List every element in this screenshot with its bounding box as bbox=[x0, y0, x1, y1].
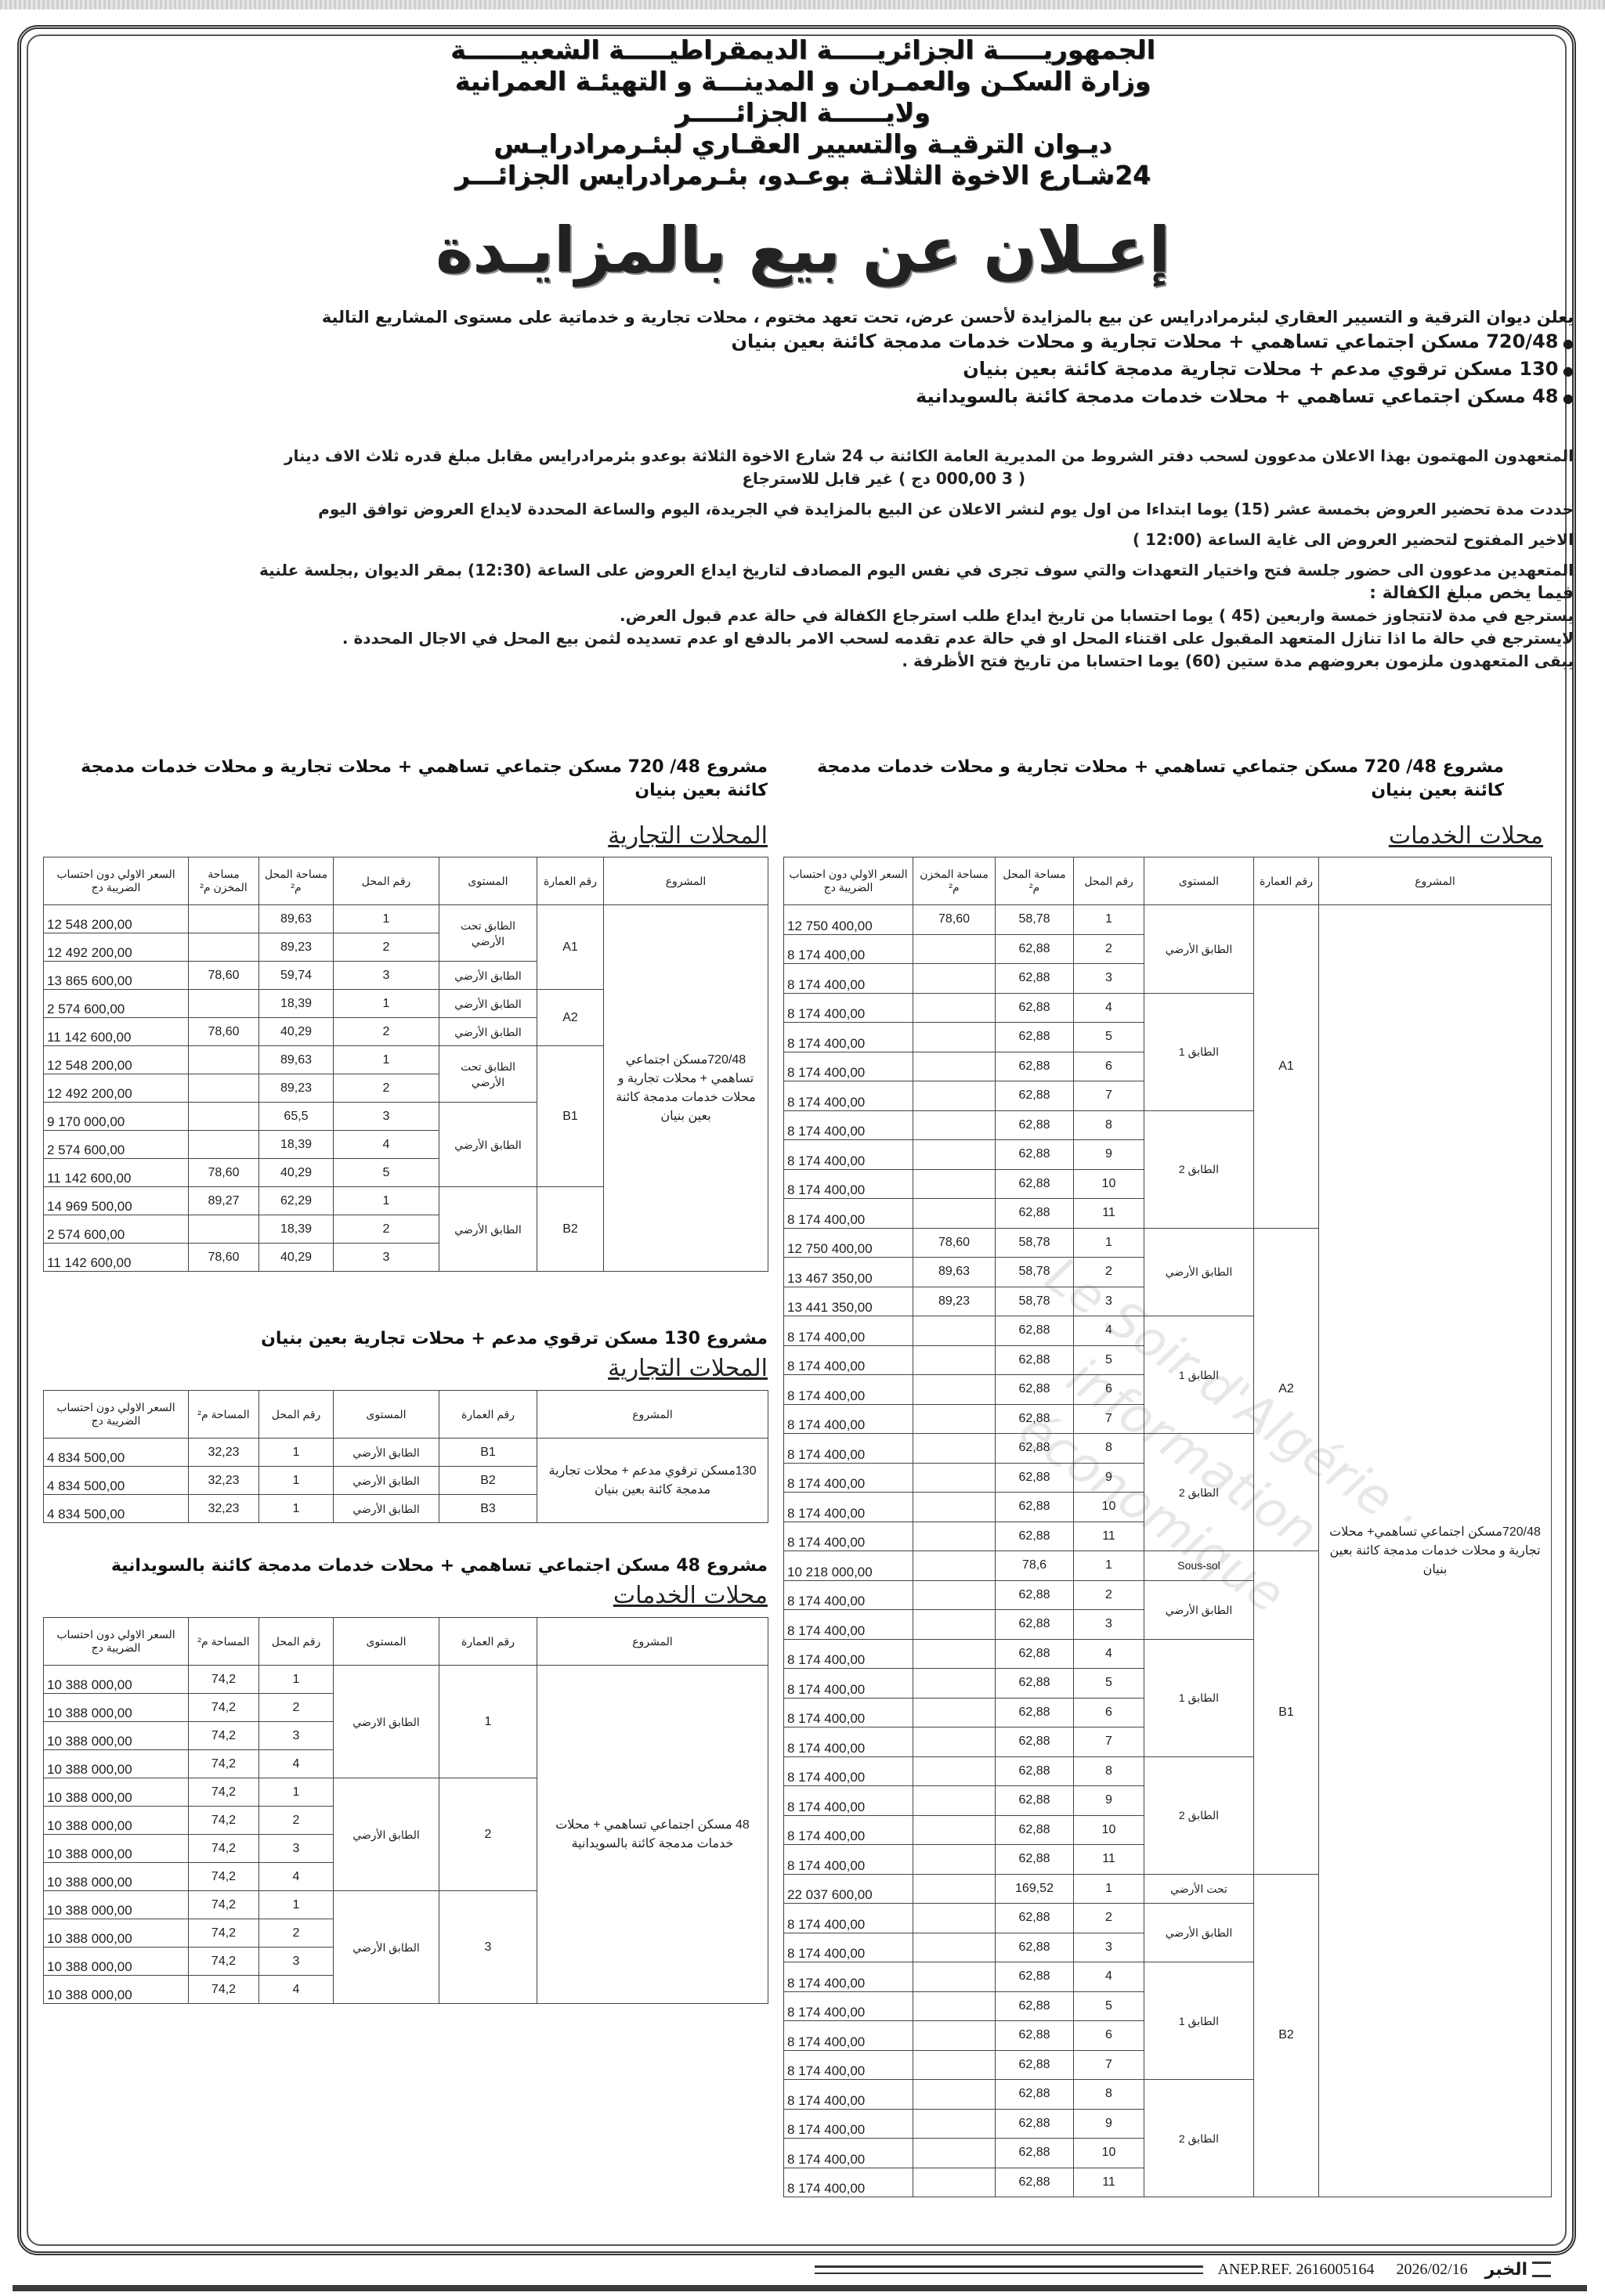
level-cell: الطابق الأرضي bbox=[334, 1778, 439, 1891]
storage-area-cell bbox=[913, 1404, 996, 1434]
price-cell: 12 492 200,00 bbox=[44, 933, 189, 962]
project-item: 130 مسكن ترقوي مدعم + محلات تجارية مدمجة… bbox=[242, 356, 1574, 384]
price-cell: 8 174 400,00 bbox=[784, 2050, 913, 2080]
price-cell: 8 174 400,00 bbox=[784, 1110, 913, 1140]
table-header-row: المشروع رقم العمارة المستوى رقم المحل ال… bbox=[44, 1391, 768, 1439]
level-cell: الطابق الأرضي bbox=[439, 1018, 537, 1046]
guarantee-p1: يسترجع في مدة لاتتجاوز خمسة واربعين (45 … bbox=[39, 605, 1574, 627]
local-number-cell: 4 bbox=[1074, 1639, 1144, 1669]
intro-section: يعلن ديوان الترقية و التسيير العقاري لبئ… bbox=[242, 305, 1574, 411]
local-number-cell: 7 bbox=[1074, 2050, 1144, 2080]
area-cell: 58,78 bbox=[996, 1258, 1074, 1287]
storage-area-cell bbox=[913, 1991, 996, 2021]
price-cell: 13 441 350,00 bbox=[784, 1287, 913, 1316]
col-area-storage: مساحة المخزن م² bbox=[913, 857, 996, 905]
col-area: المساحة م² bbox=[189, 1618, 259, 1666]
storage-area-cell bbox=[189, 905, 259, 933]
project-item: 48 مسكن اجتماعي تساهمي + محلات خدمات مدم… bbox=[242, 384, 1574, 411]
level-cell: الطابق الارضي bbox=[334, 1666, 439, 1778]
price-cell: 8 174 400,00 bbox=[784, 1815, 913, 1845]
local-number-cell: 5 bbox=[1074, 1023, 1144, 1052]
storage-area-cell bbox=[189, 1131, 259, 1159]
storage-area-cell bbox=[913, 934, 996, 964]
price-cell: 2 574 600,00 bbox=[44, 990, 189, 1018]
price-cell: 8 174 400,00 bbox=[784, 1375, 913, 1405]
price-cell: 8 174 400,00 bbox=[784, 1933, 913, 1962]
price-cell: 12 548 200,00 bbox=[44, 905, 189, 933]
local-number-cell: 3 bbox=[259, 1948, 334, 1976]
price-cell: 8 174 400,00 bbox=[784, 993, 913, 1023]
area-cell: 18,39 bbox=[259, 1215, 334, 1244]
price-cell: 4 834 500,00 bbox=[44, 1467, 189, 1495]
area-cell: 169,52 bbox=[996, 1874, 1074, 1904]
storage-area-cell bbox=[189, 1046, 259, 1074]
area-cell: 78,6 bbox=[996, 1551, 1074, 1581]
price-cell: 8 174 400,00 bbox=[784, 2080, 913, 2110]
storage-area-cell bbox=[913, 2109, 996, 2139]
price-cell: 12 492 200,00 bbox=[44, 1074, 189, 1103]
price-cell: 8 174 400,00 bbox=[784, 1140, 913, 1170]
local-number-cell: 11 bbox=[1074, 1845, 1144, 1875]
area-cell: 62,88 bbox=[996, 1639, 1074, 1669]
table-header-row: المشروع رقم العمارة المستوى رقم المحل مس… bbox=[784, 857, 1552, 905]
area-cell: 74,2 bbox=[189, 1835, 259, 1863]
building-cell: A1 bbox=[1254, 905, 1319, 1229]
guarantee-p2: لايسترجع في حالة ما اذا تنازل المتعهد ال… bbox=[39, 627, 1574, 650]
area-cell: 89,63 bbox=[259, 905, 334, 933]
price-cell: 13 467 350,00 bbox=[784, 1258, 913, 1287]
local-number-cell: 2 bbox=[1074, 1580, 1144, 1610]
area-cell: 74,2 bbox=[189, 1919, 259, 1948]
col-local: رقم المحل bbox=[259, 1391, 334, 1439]
local-number-cell: 9 bbox=[1074, 1140, 1144, 1170]
local-number-cell: 3 bbox=[334, 1244, 439, 1272]
left-project-heading: مشروع 48/ 720 مسكن جتماعي تساهمي + محلات… bbox=[47, 756, 768, 803]
scan-bottom-edge bbox=[13, 2285, 1587, 2291]
area-cell: 62,88 bbox=[996, 2080, 1074, 2110]
price-cell: 10 388 000,00 bbox=[44, 1807, 189, 1835]
level-cell: الطابق الأرضي bbox=[1144, 1580, 1254, 1639]
price-cell: 12 750 400,00 bbox=[784, 1228, 913, 1258]
area-cell: 58,78 bbox=[996, 1228, 1074, 1258]
area-cell: 74,2 bbox=[189, 1694, 259, 1722]
area-cell: 59,74 bbox=[259, 962, 334, 990]
area-cell: 74,2 bbox=[189, 1722, 259, 1750]
area-cell: 62,88 bbox=[996, 1669, 1074, 1699]
office-line: ديـوان الترقيـة والتسيير العقـاري لبئـرم… bbox=[235, 128, 1371, 160]
col-project: المشروع bbox=[1319, 857, 1552, 905]
table-header-row: المشروع رقم العمارة المستوى رقم المحل ال… bbox=[44, 1618, 768, 1666]
price-cell: 13 865 600,00 bbox=[44, 962, 189, 990]
local-number-cell: 4 bbox=[259, 1863, 334, 1891]
project-cell: 720/48مسكن اجتماعي تساهمي + محلات تجارية… bbox=[604, 905, 768, 1272]
level-cell: الطابق الأرضي bbox=[439, 1103, 537, 1187]
storage-area-cell bbox=[913, 1110, 996, 1140]
local-number-cell: 4 bbox=[334, 1131, 439, 1159]
price-cell: 14 969 500,00 bbox=[44, 1187, 189, 1215]
storage-area-cell bbox=[913, 1698, 996, 1727]
price-cell: 10 388 000,00 bbox=[44, 1891, 189, 1919]
local-number-cell: 3 bbox=[334, 962, 439, 990]
price-cell: 11 142 600,00 bbox=[44, 1018, 189, 1046]
storage-area-cell bbox=[913, 1845, 996, 1875]
local-number-cell: 4 bbox=[259, 1750, 334, 1778]
area-cell: 62,88 bbox=[996, 934, 1074, 964]
col-building: رقم العمارة bbox=[1254, 857, 1319, 905]
storage-area-cell: 78,60 bbox=[189, 962, 259, 990]
storage-area-cell bbox=[913, 1815, 996, 1845]
price-cell: 9 170 000,00 bbox=[44, 1103, 189, 1131]
col-price: السعر الاولي دون احتساب الضريبة دج bbox=[44, 1391, 189, 1439]
scan-top-edge bbox=[0, 0, 1605, 9]
col-project: المشروع bbox=[537, 1618, 768, 1666]
local-number-cell: 4 bbox=[259, 1976, 334, 2004]
area-cell: 62,88 bbox=[996, 1345, 1074, 1375]
commercial-130-table: المشروع رقم العمارة المستوى رقم المحل ال… bbox=[43, 1390, 768, 1523]
col-local: رقم المحل bbox=[1074, 857, 1144, 905]
local-number-cell: 2 bbox=[334, 933, 439, 962]
conditions-p2b: الاخير المفتوح لتحضير العروض الى غاية ال… bbox=[39, 529, 1574, 551]
area-cell: 62,88 bbox=[996, 1845, 1074, 1875]
building-cell: B2 bbox=[439, 1467, 537, 1495]
price-cell: 12 750 400,00 bbox=[784, 905, 913, 935]
area-cell: 62,88 bbox=[996, 1786, 1074, 1816]
price-cell: 2 574 600,00 bbox=[44, 1215, 189, 1244]
local-number-cell: 3 bbox=[1074, 964, 1144, 994]
local-number-cell: 9 bbox=[1074, 2109, 1144, 2139]
local-number-cell: 1 bbox=[334, 990, 439, 1018]
area-cell: 74,2 bbox=[189, 1863, 259, 1891]
newspaper-logo: الخبر bbox=[1485, 2260, 1527, 2280]
storage-area-cell: 78,60 bbox=[189, 1018, 259, 1046]
storage-area-cell bbox=[189, 1103, 259, 1131]
local-number-cell: 8 bbox=[1074, 1756, 1144, 1786]
col-price: السعر الاولي دون احتساب الضريبة دج bbox=[44, 857, 189, 905]
project-item: 720/48 مسكن اجتماعي تساهمي + محلات تجاري… bbox=[242, 329, 1574, 356]
local-number-cell: 11 bbox=[1074, 1199, 1144, 1229]
price-cell: 8 174 400,00 bbox=[784, 1610, 913, 1640]
area-cell: 74,2 bbox=[189, 1948, 259, 1976]
services-shops-table: المشروع رقم العمارة المستوى رقم المحل مس… bbox=[783, 857, 1552, 2197]
building-cell: B1 bbox=[439, 1439, 537, 1467]
left-commercial-subtitle: المحلات التجارية bbox=[47, 822, 768, 850]
local-number-cell: 8 bbox=[1074, 1434, 1144, 1464]
local-number-cell: 9 bbox=[1074, 1786, 1144, 1816]
area-cell: 74,2 bbox=[189, 1666, 259, 1694]
local-number-cell: 7 bbox=[1074, 1727, 1144, 1757]
footer-rule bbox=[815, 2265, 1203, 2274]
local-number-cell: 3 bbox=[259, 1722, 334, 1750]
col-level: المستوى bbox=[334, 1391, 439, 1439]
area-cell: 74,2 bbox=[189, 1891, 259, 1919]
storage-area-cell bbox=[913, 1904, 996, 1933]
level-cell: الطابق الأرضي bbox=[334, 1439, 439, 1467]
price-cell: 10 388 000,00 bbox=[44, 1863, 189, 1891]
building-cell: A1 bbox=[537, 905, 604, 990]
col-price: السعر الاولي دون احتساب الضريبة دج bbox=[44, 1618, 189, 1666]
price-cell: 10 388 000,00 bbox=[44, 1750, 189, 1778]
local-number-cell: 1 bbox=[259, 1891, 334, 1919]
republic-line: الجمهوريـــــة الجزائريـــــة الديمقراطي… bbox=[235, 34, 1371, 66]
area-cell: 62,88 bbox=[996, 1727, 1074, 1757]
guarantee-p3: يبقى المتعهدون ملزمون بعروضهم مدة ستين (… bbox=[39, 650, 1574, 673]
area-cell: 62,88 bbox=[996, 1522, 1074, 1551]
price-cell: 8 174 400,00 bbox=[784, 1434, 913, 1464]
local-number-cell: 3 bbox=[334, 1103, 439, 1131]
local-number-cell: 2 bbox=[334, 1074, 439, 1103]
area-cell: 62,88 bbox=[996, 2021, 1074, 2051]
area-cell: 62,88 bbox=[996, 1110, 1074, 1140]
area-cell: 62,88 bbox=[996, 1199, 1074, 1229]
price-cell: 8 174 400,00 bbox=[784, 2139, 913, 2168]
level-cell: الطابق 2 bbox=[1144, 2080, 1254, 2197]
left-48-subtitle: محلات الخدمات bbox=[47, 1582, 768, 1610]
local-number-cell: 1 bbox=[259, 1439, 334, 1467]
conditions-p3: المتعهدين مدعوون الى حضور جلسة فتح واختي… bbox=[39, 559, 1574, 582]
local-number-cell: 1 bbox=[259, 1666, 334, 1694]
local-number-cell: 2 bbox=[259, 1694, 334, 1722]
building-cell: A2 bbox=[1254, 1228, 1319, 1551]
local-number-cell: 2 bbox=[259, 1919, 334, 1948]
local-number-cell: 3 bbox=[1074, 1287, 1144, 1316]
building-cell: 2 bbox=[439, 1778, 537, 1891]
guarantee-heading: فيما يخص مبلغ الكفالة : bbox=[39, 582, 1574, 605]
level-cell: الطابق تحت الأرضي bbox=[439, 905, 537, 962]
conditions-p1: المتعهدون المهتمون بهذا الاعلان مدعوون ل… bbox=[39, 445, 1574, 468]
storage-area-cell bbox=[913, 1169, 996, 1199]
area-cell: 62,88 bbox=[996, 1580, 1074, 1610]
price-cell: 12 548 200,00 bbox=[44, 1046, 189, 1074]
local-number-cell: 3 bbox=[1074, 1933, 1144, 1962]
price-cell: 4 834 500,00 bbox=[44, 1439, 189, 1467]
conditions-p1b: ( 3 000,00 دج ) غير قابل للاسترجاع bbox=[39, 468, 1574, 490]
price-cell: 11 142 600,00 bbox=[44, 1159, 189, 1187]
area-cell: 74,2 bbox=[189, 1807, 259, 1835]
local-number-cell: 7 bbox=[1074, 1404, 1144, 1434]
local-number-cell: 5 bbox=[1074, 1991, 1144, 2021]
storage-area-cell bbox=[913, 1493, 996, 1522]
level-cell: الطابق الأرضي bbox=[1144, 1228, 1254, 1316]
price-cell: 8 174 400,00 bbox=[784, 1786, 913, 1816]
storage-area-cell bbox=[913, 1580, 996, 1610]
col-area-local: مساحة المحل م² bbox=[259, 857, 334, 905]
storage-area-cell: 89,23 bbox=[913, 1287, 996, 1316]
area-cell: 62,88 bbox=[996, 1140, 1074, 1170]
col-local: رقم المحل bbox=[334, 857, 439, 905]
storage-area-cell: 78,60 bbox=[189, 1159, 259, 1187]
table-row: 720/48مسكن اجتماعي تساهمي + محلات تجارية… bbox=[44, 905, 768, 933]
local-number-cell: 6 bbox=[1074, 1375, 1144, 1405]
level-cell: الطابق الأرضي bbox=[334, 1891, 439, 2004]
project-cell: 48 مسكن اجتماعي تساهمي + محلات خدمات مدم… bbox=[537, 1666, 768, 2004]
local-number-cell: 5 bbox=[1074, 1345, 1144, 1375]
area-cell: 62,88 bbox=[996, 1610, 1074, 1640]
table-header-row: المشروع رقم العمارة المستوى رقم المحل مس… bbox=[44, 857, 768, 905]
conditions-p2: حددت مدة تحضير العروض بخمسة عشر (15) يوم… bbox=[39, 498, 1574, 521]
price-cell: 8 174 400,00 bbox=[784, 1991, 913, 2021]
project-cell: 130مسكن ترقوي مدعم + محلات تجارية مدمجة … bbox=[537, 1439, 768, 1523]
price-cell: 10 388 000,00 bbox=[44, 1919, 189, 1948]
local-number-cell: 1 bbox=[1074, 1551, 1144, 1581]
col-level: المستوى bbox=[1144, 857, 1254, 905]
storage-area-cell: 89,63 bbox=[913, 1258, 996, 1287]
area-cell: 32,23 bbox=[189, 1495, 259, 1523]
level-cell: الطابق 1 bbox=[1144, 1639, 1254, 1756]
level-cell: الطابق الأرضي bbox=[439, 1187, 537, 1272]
local-number-cell: 10 bbox=[1074, 1169, 1144, 1199]
area-cell: 62,88 bbox=[996, 1933, 1074, 1962]
local-number-cell: 1 bbox=[334, 905, 439, 933]
area-cell: 74,2 bbox=[189, 1976, 259, 2004]
price-cell: 10 388 000,00 bbox=[44, 1694, 189, 1722]
local-number-cell: 1 bbox=[1074, 1228, 1144, 1258]
storage-area-cell bbox=[913, 1023, 996, 1052]
area-cell: 74,2 bbox=[189, 1778, 259, 1807]
local-number-cell: 4 bbox=[1074, 993, 1144, 1023]
storage-area-cell bbox=[913, 2021, 996, 2051]
local-number-cell: 1 bbox=[1074, 1874, 1144, 1904]
storage-area-cell bbox=[913, 1140, 996, 1170]
local-number-cell: 2 bbox=[1074, 934, 1144, 964]
area-cell: 62,88 bbox=[996, 2139, 1074, 2168]
local-number-cell: 8 bbox=[1074, 1110, 1144, 1140]
right-project-heading: مشروع 48/ 720 مسكن جتماعي تساهمي + محلات… bbox=[783, 756, 1504, 803]
price-cell: 8 174 400,00 bbox=[784, 1316, 913, 1346]
table-row: 130مسكن ترقوي مدعم + محلات تجارية مدمجة … bbox=[44, 1439, 768, 1467]
area-cell: 62,88 bbox=[996, 1023, 1074, 1052]
level-cell: الطابق 2 bbox=[1144, 1110, 1254, 1228]
storage-area-cell bbox=[913, 1962, 996, 1992]
local-number-cell: 2 bbox=[259, 1807, 334, 1835]
storage-area-cell: 89,27 bbox=[189, 1187, 259, 1215]
local-number-cell: 9 bbox=[1074, 1463, 1144, 1493]
local-number-cell: 4 bbox=[1074, 1962, 1144, 1992]
price-cell: 8 174 400,00 bbox=[784, 964, 913, 994]
price-cell: 8 174 400,00 bbox=[784, 1845, 913, 1875]
local-number-cell: 11 bbox=[1074, 1522, 1144, 1551]
storage-area-cell bbox=[913, 1610, 996, 1640]
ministry-line: وزارة السكـن والعمـران و المدينـــة و ال… bbox=[235, 66, 1371, 97]
area-cell: 62,29 bbox=[259, 1187, 334, 1215]
price-cell: 8 174 400,00 bbox=[784, 2109, 913, 2139]
building-cell: 3 bbox=[439, 1891, 537, 2004]
letterhead: الجمهوريـــــة الجزائريـــــة الديمقراطي… bbox=[235, 34, 1371, 191]
price-cell: 4 834 500,00 bbox=[44, 1495, 189, 1523]
storage-area-cell bbox=[189, 1074, 259, 1103]
price-cell: 8 174 400,00 bbox=[784, 1669, 913, 1699]
local-number-cell: 8 bbox=[1074, 2080, 1144, 2110]
price-cell: 8 174 400,00 bbox=[784, 1639, 913, 1669]
price-cell: 8 174 400,00 bbox=[784, 1169, 913, 1199]
price-cell: 10 388 000,00 bbox=[44, 1948, 189, 1976]
building-cell: A2 bbox=[537, 990, 604, 1046]
price-cell: 8 174 400,00 bbox=[784, 2021, 913, 2051]
storage-area-cell bbox=[913, 1375, 996, 1405]
area-cell: 32,23 bbox=[189, 1439, 259, 1467]
local-number-cell: 3 bbox=[1074, 1610, 1144, 1640]
area-cell: 62,88 bbox=[996, 1316, 1074, 1346]
publication-date: 2026/02/16 bbox=[1397, 2261, 1468, 2279]
area-cell: 62,88 bbox=[996, 1375, 1074, 1405]
col-building: رقم العمارة bbox=[439, 1391, 537, 1439]
storage-area-cell: 78,60 bbox=[913, 1228, 996, 1258]
storage-area-cell bbox=[189, 933, 259, 962]
local-number-cell: 2 bbox=[334, 1215, 439, 1244]
area-cell: 62,88 bbox=[996, 1991, 1074, 2021]
area-cell: 40,29 bbox=[259, 1244, 334, 1272]
local-number-cell: 10 bbox=[1074, 1815, 1144, 1845]
storage-area-cell bbox=[913, 1316, 996, 1346]
right-services-subtitle: محلات الخدمات bbox=[783, 822, 1543, 850]
level-cell: الطابق الأرضي bbox=[439, 990, 537, 1018]
storage-area-cell bbox=[913, 1463, 996, 1493]
storage-area-cell bbox=[913, 2168, 996, 2197]
col-price: السعر الاولي دون احتساب الضريبة دج bbox=[784, 857, 913, 905]
conditions-section: المتعهدون المهتمون بهذا الاعلان مدعوون ل… bbox=[39, 445, 1574, 673]
area-cell: 62,88 bbox=[996, 1493, 1074, 1522]
col-building: رقم العمارة bbox=[537, 857, 604, 905]
local-number-cell: 2 bbox=[1074, 1904, 1144, 1933]
price-cell: 10 388 000,00 bbox=[44, 1835, 189, 1863]
building-cell: B1 bbox=[537, 1046, 604, 1187]
local-number-cell: 4 bbox=[1074, 1316, 1144, 1346]
area-cell: 40,29 bbox=[259, 1159, 334, 1187]
address-line: 24شـارع الاخوة الثلاثـة بوعـدو، بئـرمراد… bbox=[235, 160, 1371, 191]
storage-area-cell bbox=[913, 1551, 996, 1581]
col-building: رقم العمارة bbox=[439, 1618, 537, 1666]
area-cell: 62,88 bbox=[996, 1463, 1074, 1493]
price-cell: 10 388 000,00 bbox=[44, 1722, 189, 1750]
local-number-cell: 2 bbox=[1074, 1258, 1144, 1287]
level-cell: الطابق تحت الأرضي bbox=[439, 1046, 537, 1103]
col-level: المستوى bbox=[439, 857, 537, 905]
level-cell: الطابق 2 bbox=[1144, 1434, 1254, 1551]
storage-area-cell bbox=[189, 990, 259, 1018]
price-cell: 8 174 400,00 bbox=[784, 1199, 913, 1229]
area-cell: 62,88 bbox=[996, 1169, 1074, 1199]
price-cell: 10 388 000,00 bbox=[44, 1976, 189, 2004]
area-cell: 62,88 bbox=[996, 1698, 1074, 1727]
storage-area-cell bbox=[913, 1052, 996, 1081]
local-number-cell: 1 bbox=[259, 1467, 334, 1495]
level-cell: الطابق الأرضي bbox=[334, 1495, 439, 1523]
storage-area-cell bbox=[913, 993, 996, 1023]
local-number-cell: 7 bbox=[1074, 1081, 1144, 1111]
price-cell: 2 574 600,00 bbox=[44, 1131, 189, 1159]
price-cell: 8 174 400,00 bbox=[784, 1493, 913, 1522]
area-cell: 62,88 bbox=[996, 964, 1074, 994]
intro-text: يعلن ديوان الترقية و التسيير العقاري لبئ… bbox=[242, 305, 1574, 329]
project-list: 720/48 مسكن اجتماعي تساهمي + محلات تجاري… bbox=[242, 329, 1574, 411]
storage-area-cell bbox=[913, 1522, 996, 1551]
local-number-cell: 5 bbox=[334, 1159, 439, 1187]
wilaya-line: ولايــــــة الجزائـــــر bbox=[235, 97, 1371, 128]
area-cell: 62,88 bbox=[996, 1434, 1074, 1464]
col-area: المساحة م² bbox=[189, 1391, 259, 1439]
building-cell: 1 bbox=[439, 1666, 537, 1778]
storage-area-cell bbox=[913, 1345, 996, 1375]
level-cell: الطابق الأرضي bbox=[1144, 1904, 1254, 1962]
area-cell: 62,88 bbox=[996, 2050, 1074, 2080]
level-cell: تحت الأرضي bbox=[1144, 1874, 1254, 1904]
price-cell: 8 174 400,00 bbox=[784, 934, 913, 964]
footer: ANEP.REF. 2616005164 2026/02/16 الخبر bbox=[815, 2258, 1551, 2281]
level-cell: الطابق الأرضي bbox=[439, 962, 537, 990]
area-cell: 62,88 bbox=[996, 1081, 1074, 1111]
price-cell: 10 388 000,00 bbox=[44, 1778, 189, 1807]
area-cell: 32,23 bbox=[189, 1467, 259, 1495]
storage-area-cell bbox=[913, 1933, 996, 1962]
